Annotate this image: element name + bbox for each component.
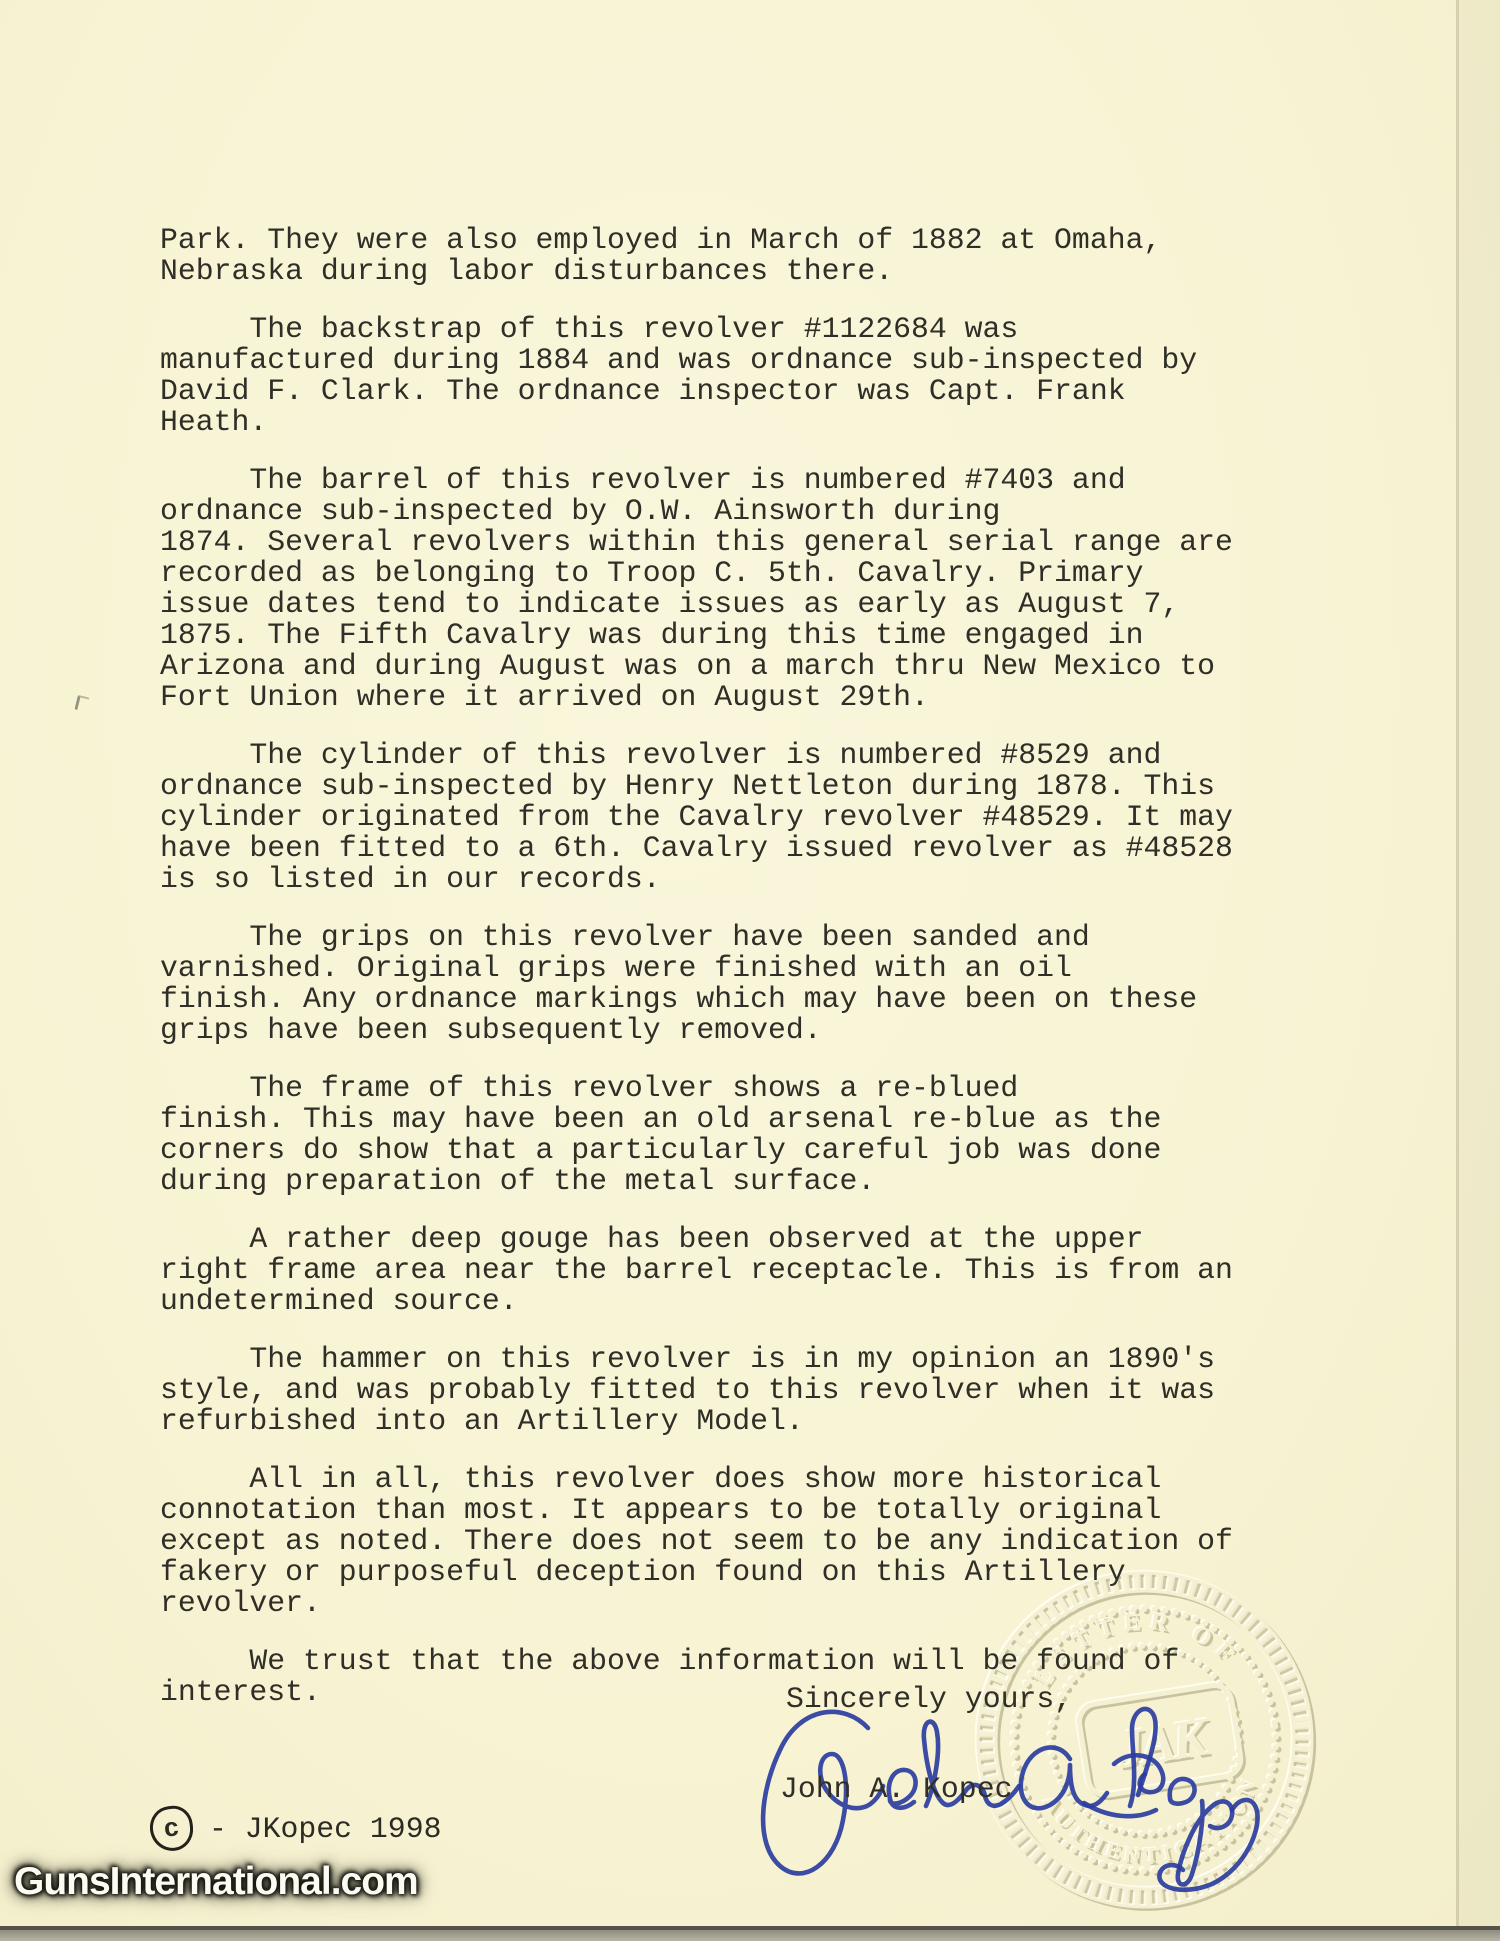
letter-paragraph: A rather deep gouge has been observed at… <box>160 1224 1370 1317</box>
letter-body: Park. They were also employed in March o… <box>160 225 1370 1735</box>
letter-paragraph: Park. They were also employed in March o… <box>160 225 1370 287</box>
scan-mark <box>74 695 89 712</box>
scan-right-shade <box>1459 0 1500 1926</box>
copyright-circle-icon: c <box>148 1804 195 1853</box>
letter-paragraph: The frame of this revolver shows a re-bl… <box>160 1073 1370 1197</box>
letter-paragraph: The cylinder of this revolver is numbere… <box>160 740 1370 895</box>
gunsinternational-watermark: GunsInternational.com <box>14 1860 418 1904</box>
letter-paragraph: The grips on this revolver have been san… <box>160 922 1370 1046</box>
letter-paragraph: The barrel of this revolver is numbered … <box>160 465 1370 713</box>
letter-page: LETTER OF AUTHENTICATION JAK Park. They … <box>0 0 1500 1941</box>
copyright-text: - JKopec 1998 <box>209 1812 441 1846</box>
scan-bottom-shadow <box>0 1930 1500 1941</box>
letter-paragraph: The backstrap of this revolver #1122684 … <box>160 314 1370 438</box>
letter-paragraph: The hammer on this revolver is in my opi… <box>160 1344 1370 1437</box>
typed-signature-name: John A. Kopec <box>780 1772 1012 1806</box>
copyright-line: c - JKopec 1998 <box>150 1806 441 1851</box>
letter-paragraph: All in all, this revolver does show more… <box>160 1464 1370 1619</box>
